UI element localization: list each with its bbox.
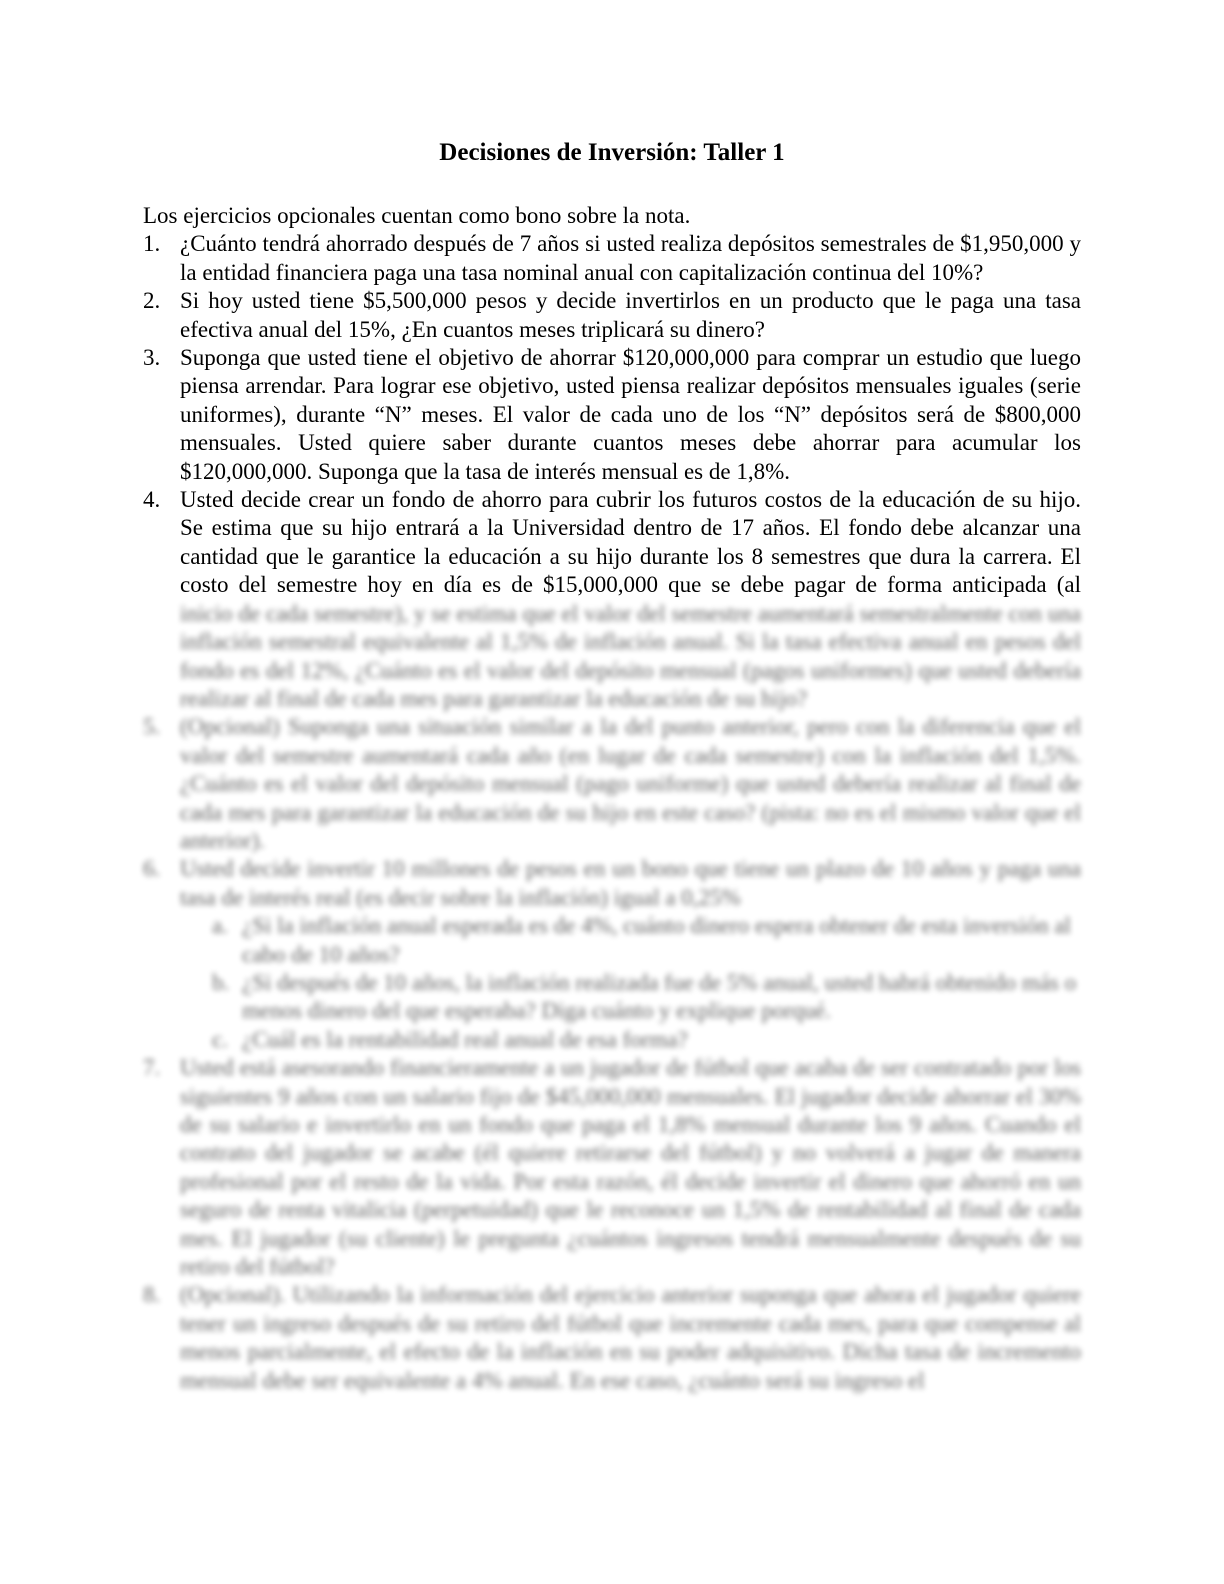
item-text-clear: Usted decide crear un fondo de ahorro pa… xyxy=(180,486,1081,600)
exercise-item-6-blurred: 6. Usted decide invertir 10 millones de … xyxy=(143,855,1081,1054)
sub-item-b: b. ¿Si después de 10 años, la inflación … xyxy=(212,969,1081,1026)
item-text-main: Usted decide invertir 10 millones de pes… xyxy=(180,855,1081,912)
item-number: 2. xyxy=(143,287,180,344)
sub-item-a: a. ¿Si la inflación anual esperada es de… xyxy=(212,912,1081,969)
item-number: 7. xyxy=(143,1054,180,1281)
item-text: Usted decide invertir 10 millones de pes… xyxy=(180,855,1081,1054)
item-text: Si hoy usted tiene $5,500,000 pesos y de… xyxy=(180,287,1081,344)
exercise-item-8-blurred: 8. (Opcional). Utilizando la información… xyxy=(143,1281,1081,1395)
document-page: Decisiones de Inversión: Taller 1 Los ej… xyxy=(0,0,1224,1584)
sub-item-text: ¿Si la inflación anual esperada es de 4%… xyxy=(242,912,1081,969)
item-text: ¿Cuánto tendrá ahorrado después de 7 año… xyxy=(180,230,1081,287)
item-number: 4. xyxy=(143,486,180,713)
document-title: Decisiones de Inversión: Taller 1 xyxy=(143,138,1081,168)
item-text: Usted está asesorando financieramente a … xyxy=(180,1054,1081,1281)
item-text-blurred: inicio de cada semestre), y se estima qu… xyxy=(180,600,1081,714)
item-number: 3. xyxy=(143,344,180,486)
item-number: 8. xyxy=(143,1281,180,1395)
exercise-item-1: 1. ¿Cuánto tendrá ahorrado después de 7 … xyxy=(143,230,1081,287)
item-text: (Opcional). Utilizando la información de… xyxy=(180,1281,1081,1395)
sub-item-letter: a. xyxy=(212,912,242,969)
item-text: (Opcional) Suponga una situación similar… xyxy=(180,713,1081,855)
sub-item-c: c. ¿Cuál es la rentabilidad real anual d… xyxy=(212,1026,1081,1054)
sub-item-text: ¿Cuál es la rentabilidad real anual de e… xyxy=(242,1026,1081,1054)
item-number: 5. xyxy=(143,713,180,855)
exercise-item-5-blurred: 5. (Opcional) Suponga una situación simi… xyxy=(143,713,1081,855)
sub-item-text: ¿Si después de 10 años, la inflación rea… xyxy=(242,969,1081,1026)
exercise-item-3: 3. Suponga que usted tiene el objetivo d… xyxy=(143,344,1081,486)
sub-item-letter: c. xyxy=(212,1026,242,1054)
item-text: Suponga que usted tiene el objetivo de a… xyxy=(180,344,1081,486)
item-number: 1. xyxy=(143,230,180,287)
exercise-item-7-blurred: 7. Usted está asesorando financieramente… xyxy=(143,1054,1081,1281)
intro-note: Los ejercicios opcionales cuentan como b… xyxy=(143,202,1081,230)
sub-item-letter: b. xyxy=(212,969,242,1026)
item-number: 6. xyxy=(143,855,180,1054)
exercise-item-4: 4. Usted decide crear un fondo de ahorro… xyxy=(143,486,1081,713)
item-text: Usted decide crear un fondo de ahorro pa… xyxy=(180,486,1081,713)
exercise-item-2: 2. Si hoy usted tiene $5,500,000 pesos y… xyxy=(143,287,1081,344)
